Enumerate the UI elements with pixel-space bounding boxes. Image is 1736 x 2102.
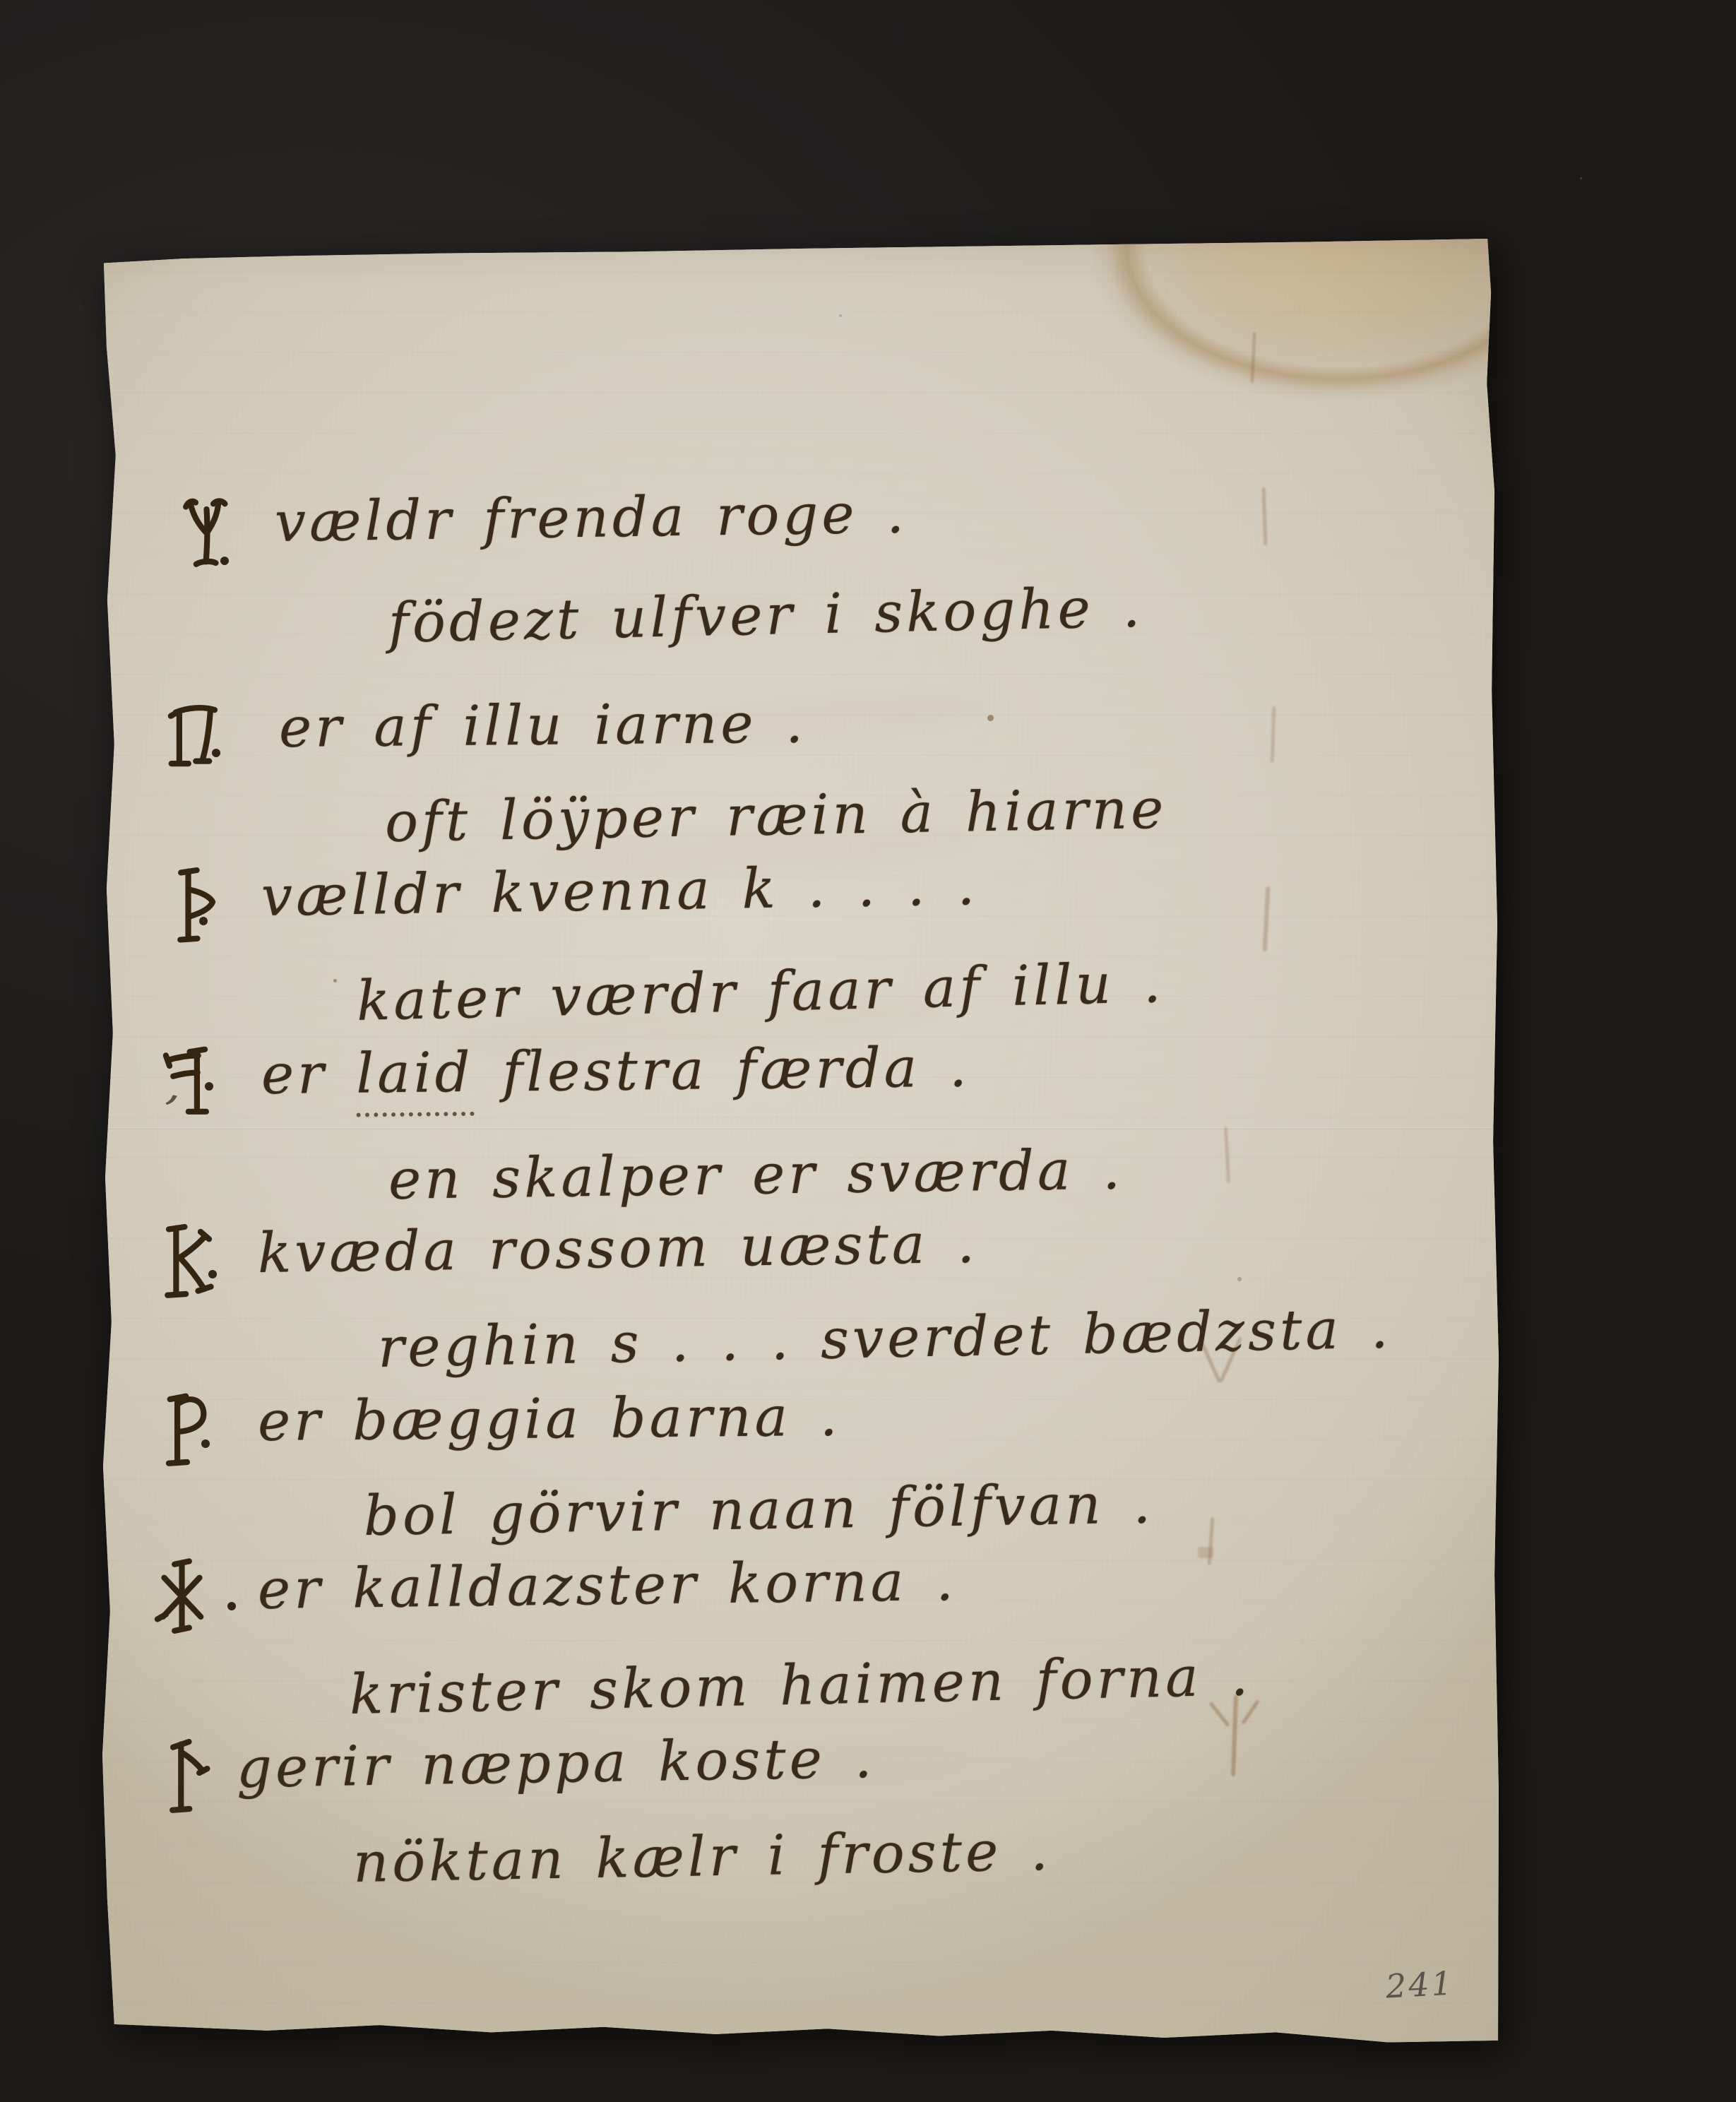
rune-thurs-icon bbox=[164, 856, 231, 951]
rune-reid-icon bbox=[155, 1213, 222, 1308]
bleedthrough-stroke bbox=[1263, 886, 1271, 951]
rune-period-dot bbox=[227, 1602, 236, 1610]
rune-period-dot bbox=[208, 1270, 217, 1278]
foxing-speck bbox=[1237, 1277, 1242, 1281]
dust-speck bbox=[1580, 177, 1582, 179]
rune-fe-icon bbox=[173, 482, 240, 577]
verse-line-2: krister skom haimen forna . bbox=[349, 1646, 1252, 1726]
fold-crease bbox=[103, 1127, 1492, 1129]
dust-speck bbox=[839, 314, 842, 317]
verse-line-2: reghin s . . . sverdet bædzsta . bbox=[377, 1299, 1392, 1379]
bleedthrough-stroke bbox=[1250, 332, 1256, 383]
rune-naud-icon bbox=[155, 1728, 222, 1823]
rune-ur-icon bbox=[161, 687, 228, 783]
bleedthrough-stroke bbox=[1198, 1547, 1213, 1558]
expunged-word: laid bbox=[356, 1041, 474, 1117]
rune-kaun-icon bbox=[155, 1381, 222, 1476]
rune-period-dot bbox=[205, 1082, 213, 1091]
rune-hagall-icon bbox=[148, 1549, 215, 1644]
verse-line-1-text: er bbox=[261, 1043, 357, 1107]
verse-line-1: er kalldazster korna . bbox=[257, 1552, 957, 1621]
bleedthrough-stroke bbox=[1271, 706, 1276, 763]
foxing-speck bbox=[987, 715, 994, 721]
page-number: 241 bbox=[1385, 1964, 1456, 2006]
verse-line-1: kvæda rossom uæsta . bbox=[257, 1214, 978, 1285]
verse-line-2: födezt ulfver i skoghe . bbox=[388, 578, 1144, 655]
manuscript-page: vældr frenda roge .födezt ulfver i skogh… bbox=[99, 239, 1500, 2044]
verse-line-2: oft löÿper ræin à hiarne bbox=[384, 780, 1167, 854]
verse-line-1: vældr frenda roge . bbox=[274, 484, 908, 553]
rune-period-dot bbox=[220, 557, 229, 565]
verse-line-2: nöktan kælr i froste . bbox=[352, 1822, 1052, 1894]
rune-period-dot bbox=[201, 1439, 210, 1448]
paper-shadow: vældr frenda roge .födezt ulfver i skogh… bbox=[0, 0, 1736, 2102]
verse-line-2: bol görvir naan fölfvan . bbox=[363, 1474, 1154, 1547]
bleedthrough-stroke bbox=[1262, 487, 1268, 545]
verse-line-2: kater værdr faar af illu . bbox=[356, 954, 1165, 1033]
verse-line-1: er bæggia barna . bbox=[258, 1387, 841, 1453]
rune-period-dot bbox=[212, 749, 220, 757]
scan-background: vældr frenda roge .födezt ulfver i skogh… bbox=[0, 0, 1736, 2102]
verse-line-1: gerir næppa koste . bbox=[236, 1729, 876, 1800]
verse-line-2: en skalper er sværda . bbox=[388, 1140, 1124, 1211]
verse-line-1: er laid flestra færda . bbox=[261, 1038, 971, 1105]
verse-line-1: er af illu iarne . bbox=[279, 694, 807, 759]
bleedthrough-stroke bbox=[1224, 1127, 1230, 1183]
foxing-speck bbox=[333, 979, 337, 982]
rune-period-dot bbox=[199, 917, 208, 925]
verse-line-1: vælldr kvenna k . . . . bbox=[261, 856, 978, 928]
verse-line-1-text: flestra færda . bbox=[473, 1035, 970, 1104]
